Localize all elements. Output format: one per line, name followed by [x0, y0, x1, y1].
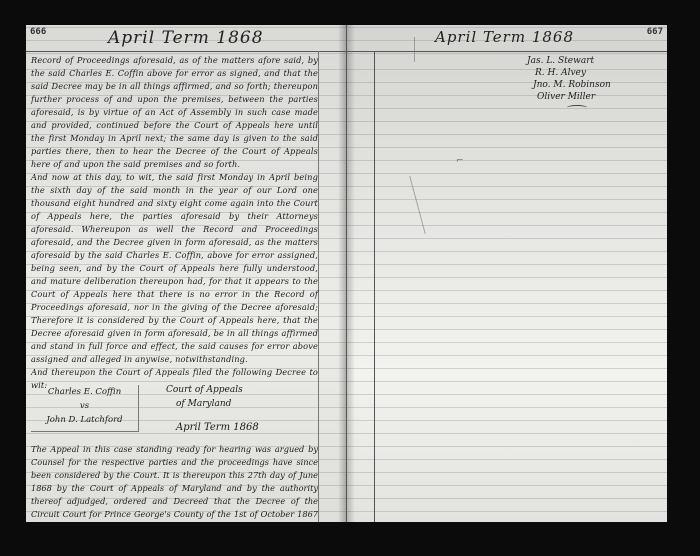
right-ledger-page: 667 April Term 1868 Jas. L. Stewart R. H… [347, 25, 667, 522]
margin-line [318, 51, 319, 522]
plaintiff-name: Charles E. Coffin [31, 385, 138, 399]
signature: Jas. L. Stewart [527, 55, 611, 67]
case-caption: Charles E. Coffin vs John D. Latchford C… [31, 383, 318, 443]
page-header: April Term 1868 [435, 28, 574, 46]
versus-label: vs [31, 399, 138, 413]
ruled-lines [347, 25, 667, 522]
record-text: Record of Proceedings aforesaid, as of t… [31, 54, 318, 392]
header-rule [347, 51, 667, 52]
signature: R. H. Alvey [527, 67, 611, 79]
judges-signatures: Jas. L. Stewart R. H. Alvey Jno. M. Robi… [527, 55, 611, 103]
pencil-mark: ⌐ [456, 156, 464, 166]
signature: Jno. M. Robinson [527, 79, 611, 91]
defendant-name: John D. Latchford [31, 413, 138, 427]
signature: Oliver Miller [527, 91, 611, 103]
court-name-line2: of Maryland [166, 397, 316, 411]
gutter-shadow [347, 25, 355, 522]
gutter-shadow [338, 25, 346, 522]
margin-line [374, 51, 375, 522]
decree-text: The Appeal in this case standing ready f… [31, 443, 318, 522]
left-ledger-page: 666 April Term 1868 Record of Proceeding… [26, 25, 347, 522]
signature-flourish [567, 105, 587, 110]
case-parties: Charles E. Coffin vs John D. Latchford [31, 385, 139, 432]
paragraph: Record of Proceedings aforesaid, as of t… [31, 54, 318, 171]
court-name-line1: Court of Appeals [166, 383, 316, 397]
page-number: 666 [30, 27, 46, 37]
header-rule [26, 51, 346, 52]
page-number: 667 [647, 27, 663, 37]
court-heading: Court of Appeals of Maryland April Term … [166, 383, 316, 435]
court-term: April Term 1868 [166, 421, 316, 435]
page-header: April Term 1868 [108, 28, 264, 48]
paragraph: And now at this day, to wit, the said fi… [31, 171, 318, 366]
pencil-stroke [414, 37, 415, 62]
